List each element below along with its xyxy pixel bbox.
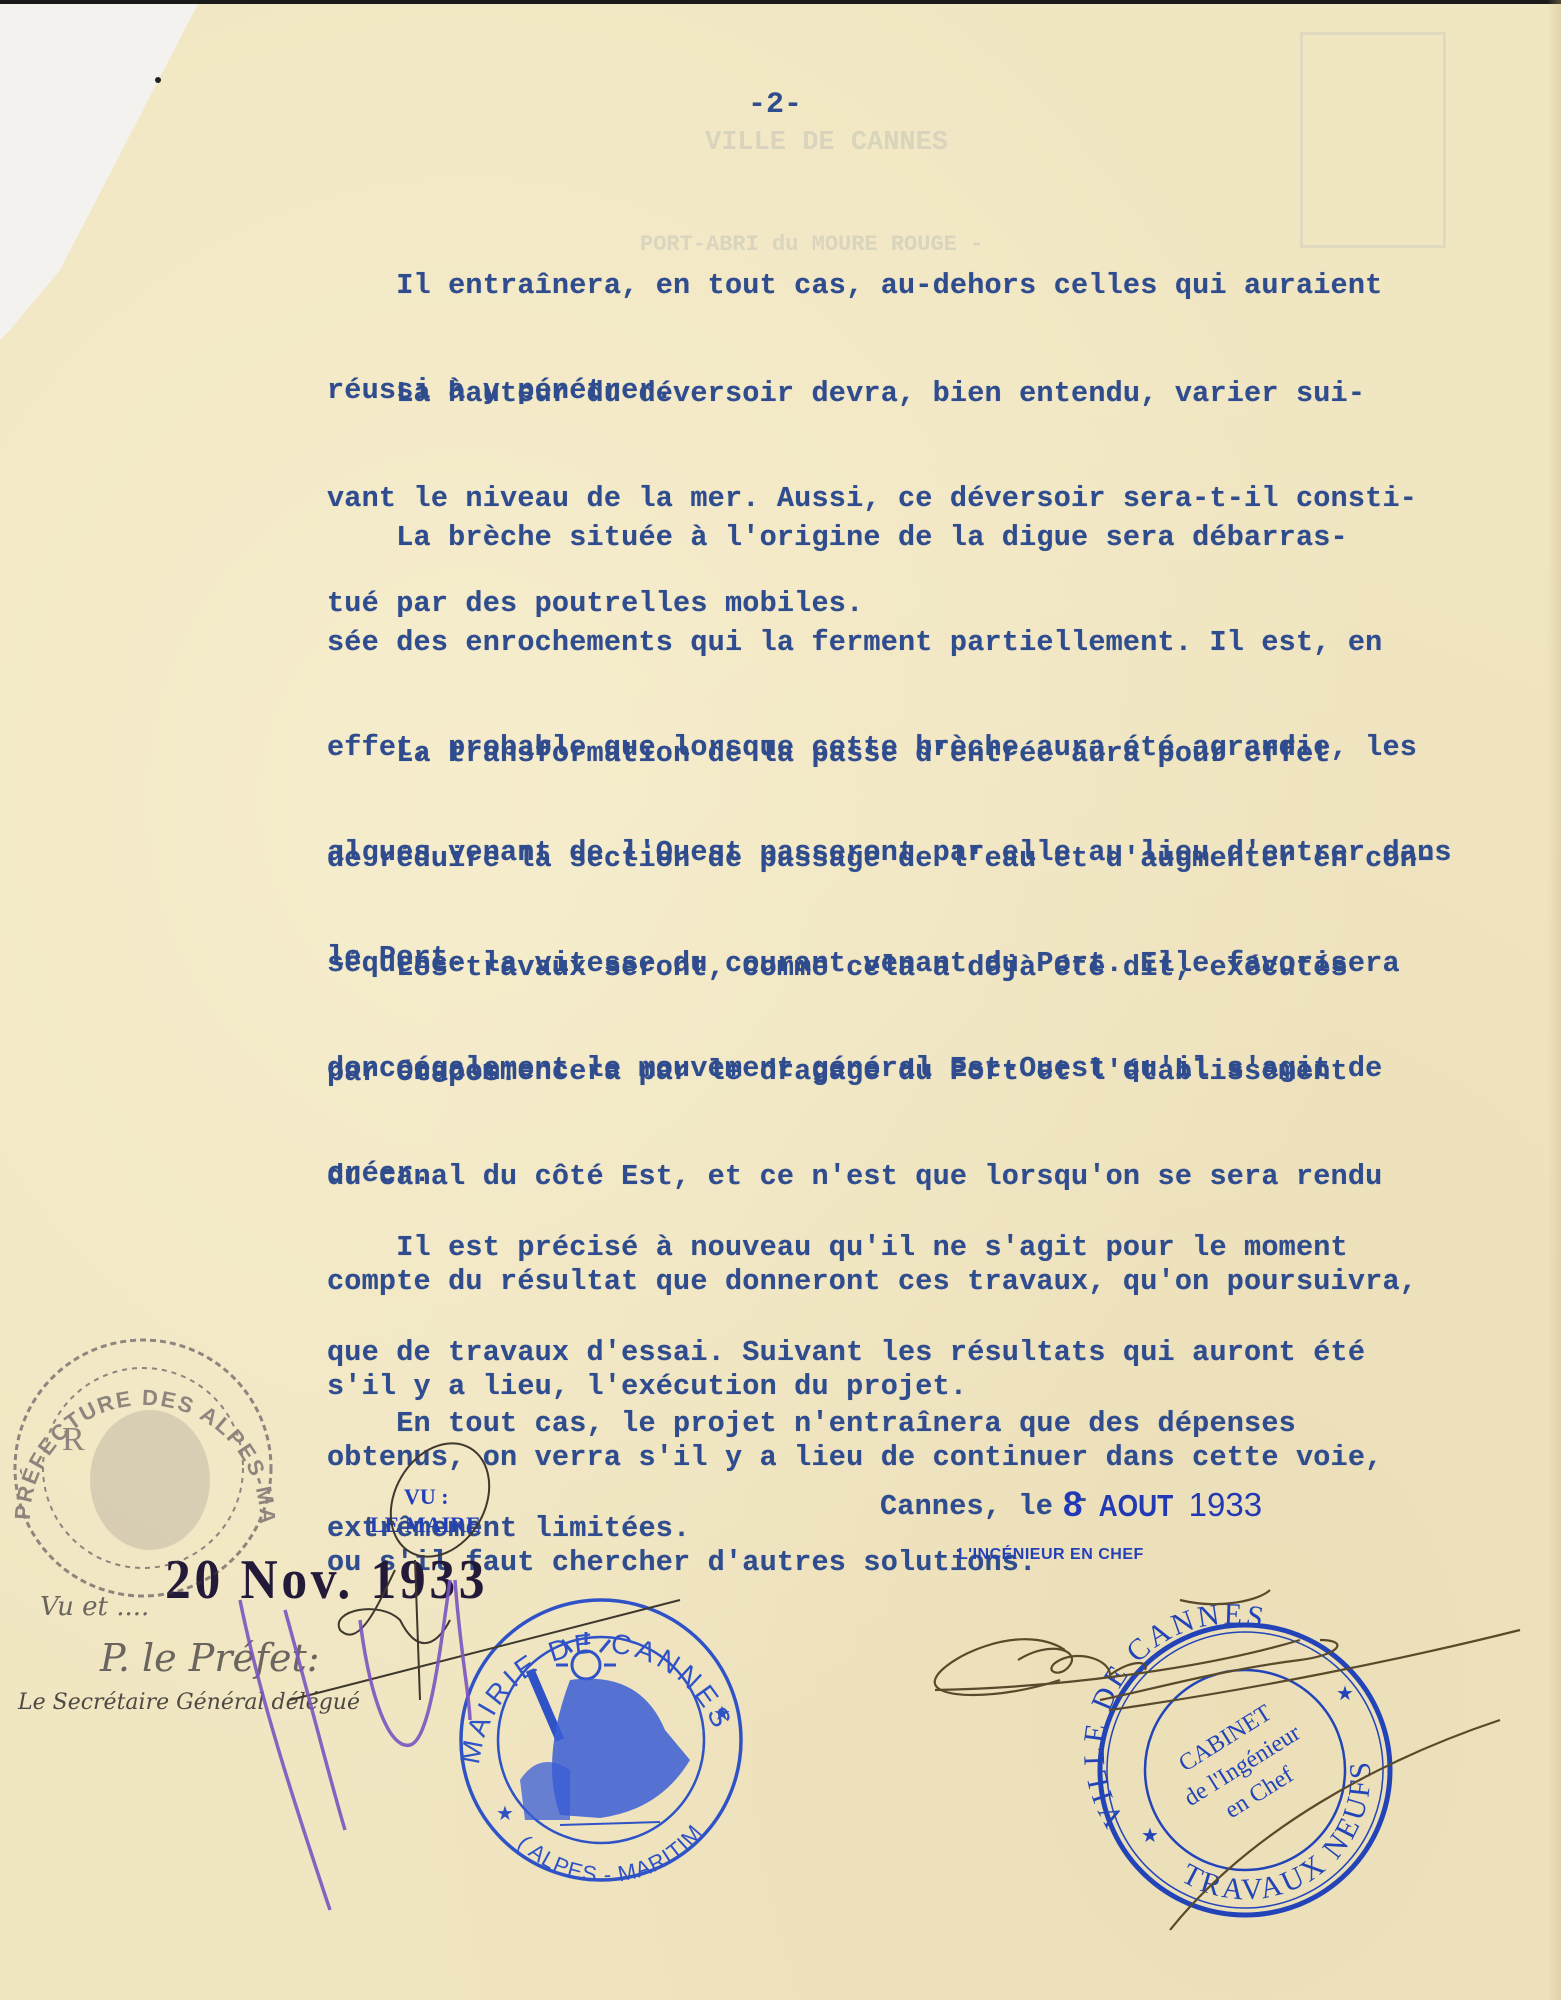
svg-text:★: ★ xyxy=(496,1803,514,1825)
ingenieur-seal-icon: VILLE DE CANNES TRAVAUX NEUFS ★ ★ CABINE… xyxy=(1078,1598,1390,1915)
prefecture-seal-icon: PRÉFECTURE DES ALPES-MARITIMES R xyxy=(0,0,280,1596)
purple-annotation-icon xyxy=(240,1580,470,1910)
svg-text:R: R xyxy=(62,1421,85,1458)
svg-text:PRÉFECTURE DES ALPES-MARITIMES: PRÉFECTURE DES ALPES-MARITIMES xyxy=(0,0,280,1526)
mairie-seal-icon: MAIRIE DE CANNES ( ALPES - MARITIMES ) ★… xyxy=(0,0,741,1887)
stamps-and-signatures: PRÉFECTURE DES ALPES-MARITIMES R MAIRIE … xyxy=(0,0,1561,2000)
svg-text:★: ★ xyxy=(1141,1825,1159,1847)
svg-text:★: ★ xyxy=(713,1703,731,1725)
svg-text:★: ★ xyxy=(1336,1683,1354,1705)
svg-text:( ALPES - MARITIMES ): ( ALPES - MARITIMES ) xyxy=(0,0,707,1887)
ink-dot xyxy=(155,77,161,83)
